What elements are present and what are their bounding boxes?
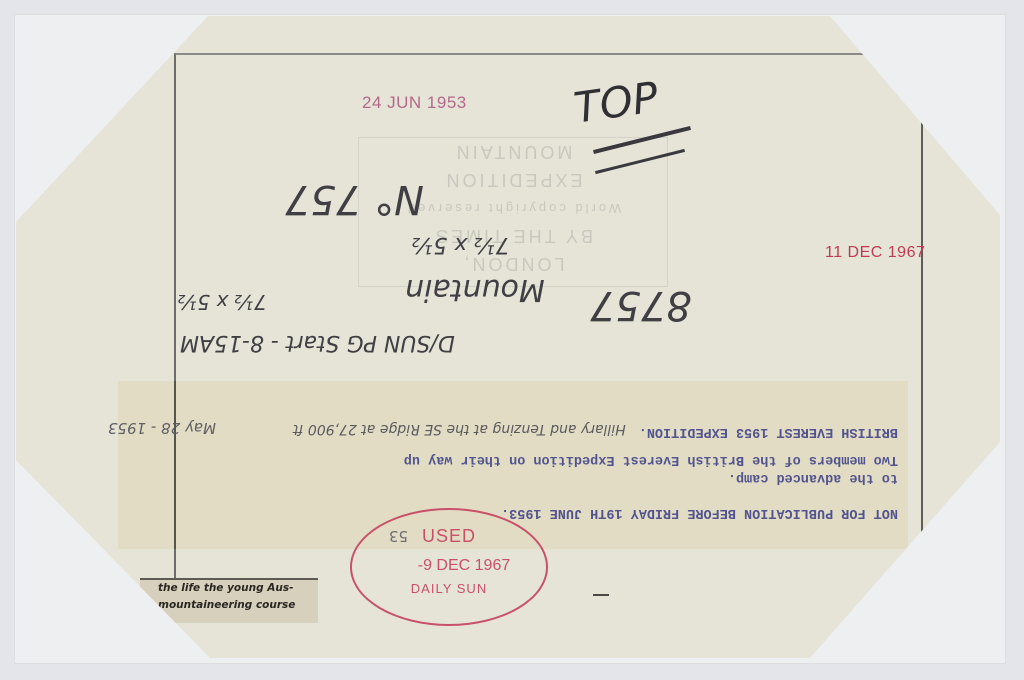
clipping-line-2: mountaineering course: [158, 597, 318, 614]
caption-line-1: BRITISH EVEREST 1953 EXPEDITION.: [639, 424, 898, 439]
photo-back-paper: LONDON, BY THE TIMES World copyright res…: [0, 0, 1024, 680]
pencil-dash: [593, 594, 609, 596]
caption-line-3: to the advanced camp.: [728, 470, 898, 485]
handwritten-size-note: 7½ x 5½: [412, 232, 510, 257]
caption-line-2: Two members of the British Everest Exped…: [404, 452, 898, 467]
faded-stamp-line: BY THE TIMES: [359, 222, 667, 250]
right-date-stamp: 11 DEC 1967: [825, 244, 925, 262]
handwritten-instructions: D/SUN PG Start - 8-15AM: [180, 330, 455, 355]
clipping-line-1: the life the young Aus-: [158, 580, 318, 597]
handwritten-file-number: 8757: [590, 282, 692, 328]
caption-line-4: NOT FOR PUBLICATION BEFORE FRIDAY 19TH J…: [501, 505, 898, 520]
used-stamp-date: -9 DEC 1967: [352, 557, 546, 575]
handwritten-caption-date: May 28 - 1953: [108, 419, 216, 437]
used-stamp: USED -9 DEC 1967 DAILY SUN: [350, 508, 548, 626]
used-stamp-publisher: DAILY SUN: [352, 581, 546, 596]
used-stamp-label: USED: [352, 526, 546, 547]
handwritten-caption-note: Hillary and Tenzing at the SE Ridge at 2…: [293, 421, 626, 437]
handwritten-dimensions: 7½ x 5½: [178, 290, 267, 314]
handwritten-ref-number: N° 757: [285, 176, 424, 222]
received-date-stamp: 24 JUN 1953: [362, 93, 467, 113]
handwritten-subject: Mountain: [405, 272, 545, 307]
